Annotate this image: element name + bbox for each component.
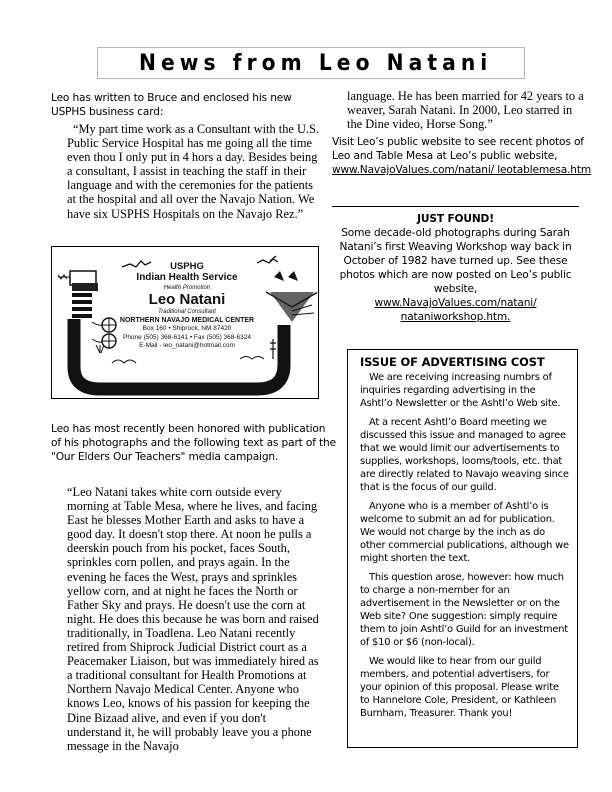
- quote-consultant-work: “My part time work as a Consultant with …: [67, 122, 322, 221]
- intro-paragraph-business-card: Leo has written to Bruce and enclosed hi…: [51, 91, 321, 119]
- card-agency: USPHG: [107, 261, 267, 272]
- advertising-title: ISSUE OF ADVERTISING COST: [360, 355, 569, 370]
- just-found-section: JUST FOUND! Some decade-old photographs …: [332, 212, 579, 324]
- card-name: Leo Natani: [107, 292, 267, 308]
- card-service: Indian Health Service: [107, 272, 267, 284]
- visit-website-paragraph: Visit Leo’s public website to see recent…: [332, 135, 592, 177]
- title-box: News from Leo Natani: [97, 47, 525, 79]
- card-role: Traditional Consultant: [107, 308, 267, 316]
- leotablemesa-link[interactable]: www.NavajoValues.com/natani/ leotablemes…: [332, 164, 591, 176]
- visit-text: Visit Leo’s public website to see recent…: [332, 136, 584, 162]
- section-divider: [332, 206, 579, 207]
- just-found-heading: JUST FOUND!: [332, 212, 579, 226]
- card-phone-fax: Phone (505) 368-6141 • Fax (505) 368-632…: [107, 334, 267, 343]
- business-card-image: USPHG Indian Health Service Health Promo…: [51, 246, 319, 399]
- card-email: E-Mail - leo_natani@hotmail.com: [107, 342, 267, 351]
- advertising-paragraph: This question arose, however: how much t…: [360, 571, 569, 649]
- card-center: NORTHERN NAVAJO MEDICAL CENTER: [107, 316, 267, 325]
- intro-paragraph-media-campaign: Leo has most recently been honored with …: [51, 422, 336, 464]
- nataniworkshop-link-line1[interactable]: www.NavajoValues.com/natani/: [374, 297, 536, 309]
- quote-text: “My part time work as a Consultant with …: [67, 122, 322, 221]
- advertising-cost-box: ISSUE OF ADVERTISING COST We are receivi…: [347, 349, 578, 748]
- advertising-paragraph: We are receiving increasing numbrs of in…: [360, 371, 569, 410]
- card-address: Box 160 • Shiprock, NM 87420: [107, 325, 267, 334]
- business-card-text: USPHG Indian Health Service Health Promo…: [107, 261, 267, 351]
- quote-continued: language. He has been married for 42 yea…: [347, 89, 587, 131]
- just-found-body: Some decade-old photographs during Sarah…: [332, 226, 579, 296]
- quote-elders-teachers: “Leo Natani takes white corn outside eve…: [67, 485, 322, 753]
- advertising-paragraph: At a recent Ashtl’o Board meeting we dis…: [360, 416, 569, 494]
- advertising-paragraph: Anyone who is a member of Ashtl’o is wel…: [360, 500, 569, 565]
- advertising-paragraph: We would like to hear from our guild mem…: [360, 655, 569, 720]
- nataniworkshop-link-line2[interactable]: nataniworkshop.htm.: [401, 311, 511, 323]
- page-title: News from Leo Natani: [130, 51, 493, 76]
